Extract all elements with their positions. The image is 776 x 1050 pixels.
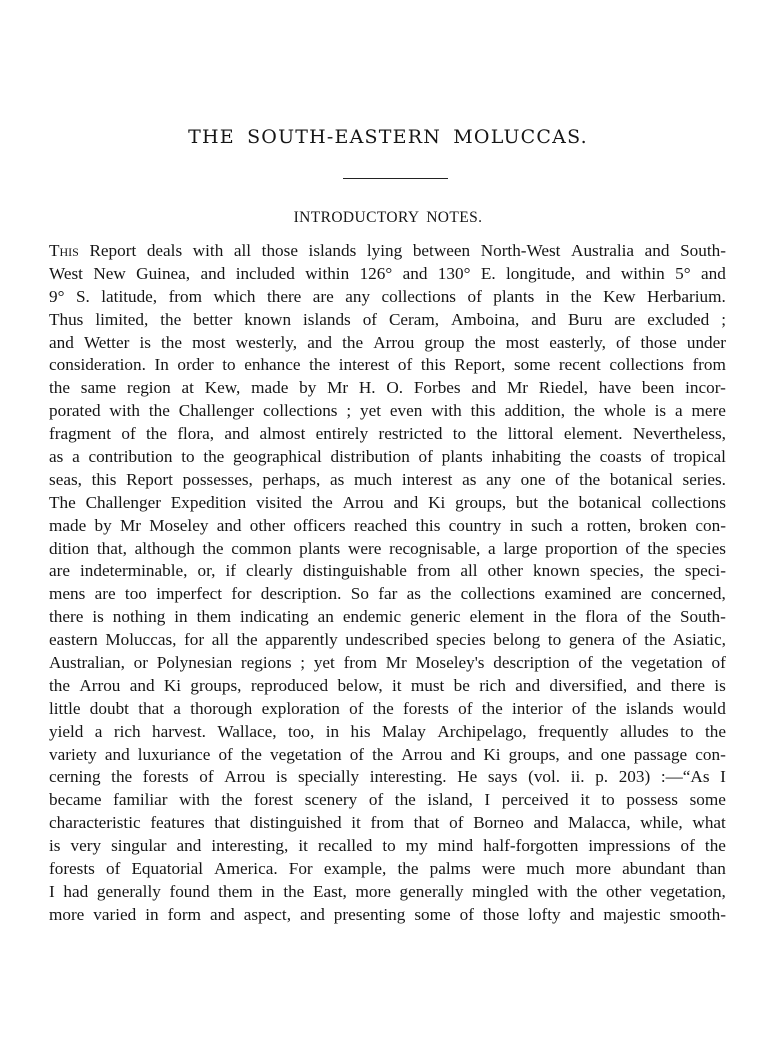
- text-line: cerningtheforestsofArrouisspeciallyinter…: [49, 766, 726, 789]
- text-line: becamefamiliarwiththeforestsceneryofthei…: [49, 789, 726, 812]
- text-line: areindeterminable,or,ifclearlydistinguis…: [49, 560, 726, 583]
- section-heading: INTRODUCTORY NOTES.: [0, 209, 776, 227]
- text-line: seas,thisReportpossesses,perhaps,asmuchi…: [49, 469, 726, 492]
- text-line: easternMoluccas,foralltheapparentlyundes…: [49, 629, 726, 652]
- text-line: ditionthat,althoughthecommonplantswerere…: [49, 538, 726, 561]
- title-divider: [343, 178, 448, 179]
- text-line: Thuslimited,thebetterknownislandsofCeram…: [49, 309, 726, 332]
- text-line: forestsofEquatorialAmerica.Forexample,th…: [49, 858, 726, 881]
- text-line: morevariedinformandaspect,andpresentings…: [49, 904, 726, 927]
- text-line: madebyMrMoseleyandotherofficersreachedth…: [49, 515, 726, 538]
- text-line: consideration.Inordertoenhancetheinteres…: [49, 354, 726, 377]
- text-line: IhadgenerallyfoundthemintheEast,moregene…: [49, 881, 726, 904]
- text-line: characteristicfeaturesthatdistinguishedi…: [49, 812, 726, 835]
- text-line: ThisReportdealswithallthoseislandslyingb…: [49, 240, 726, 263]
- text-line: TheChallengerExpeditionvisitedtheArrouan…: [49, 492, 726, 515]
- document-page: THE SOUTH-EASTERN MOLUCCAS. INTRODUCTORY…: [0, 0, 776, 1050]
- text-line: thereisnothinginthemindicatinganendemicg…: [49, 606, 726, 629]
- text-line: Australian,orPolynesianregions;yetfromMr…: [49, 652, 726, 675]
- text-line: mensaretooimperfectfordescription.Sofara…: [49, 583, 726, 606]
- text-line: 9°S.latitude,fromwhichthereareanycollect…: [49, 286, 726, 309]
- text-line: poratedwiththeChallengercollections;yete…: [49, 400, 726, 423]
- text-line: theArrouandKigroups,reproducedbelow,itmu…: [49, 675, 726, 698]
- text-line: isverysingularandinteresting,itrecalledt…: [49, 835, 726, 858]
- text-line: WestNewGuinea,andincludedwithin126°and13…: [49, 263, 726, 286]
- text-line: thesameregionatKew,madebyMrH.O.Forbesand…: [49, 377, 726, 400]
- text-line: fragmentoftheflora,andalmostentirelyrest…: [49, 423, 726, 446]
- text-line: asacontributiontothegeographicaldistribu…: [49, 446, 726, 469]
- text-line: yieldarichharvest.Wallace,too,inhisMalay…: [49, 721, 726, 744]
- body-paragraph: ThisReportdealswithallthoseislandslyingb…: [49, 240, 726, 927]
- page-title: THE SOUTH-EASTERN MOLUCCAS.: [0, 126, 776, 148]
- text-line: littledoubtthatathoroughexplorationofthe…: [49, 698, 726, 721]
- text-line: varietyandluxurianceofthevegetationofthe…: [49, 744, 726, 767]
- text-line: andWetteristhemostwesterly,andtheArrougr…: [49, 332, 726, 355]
